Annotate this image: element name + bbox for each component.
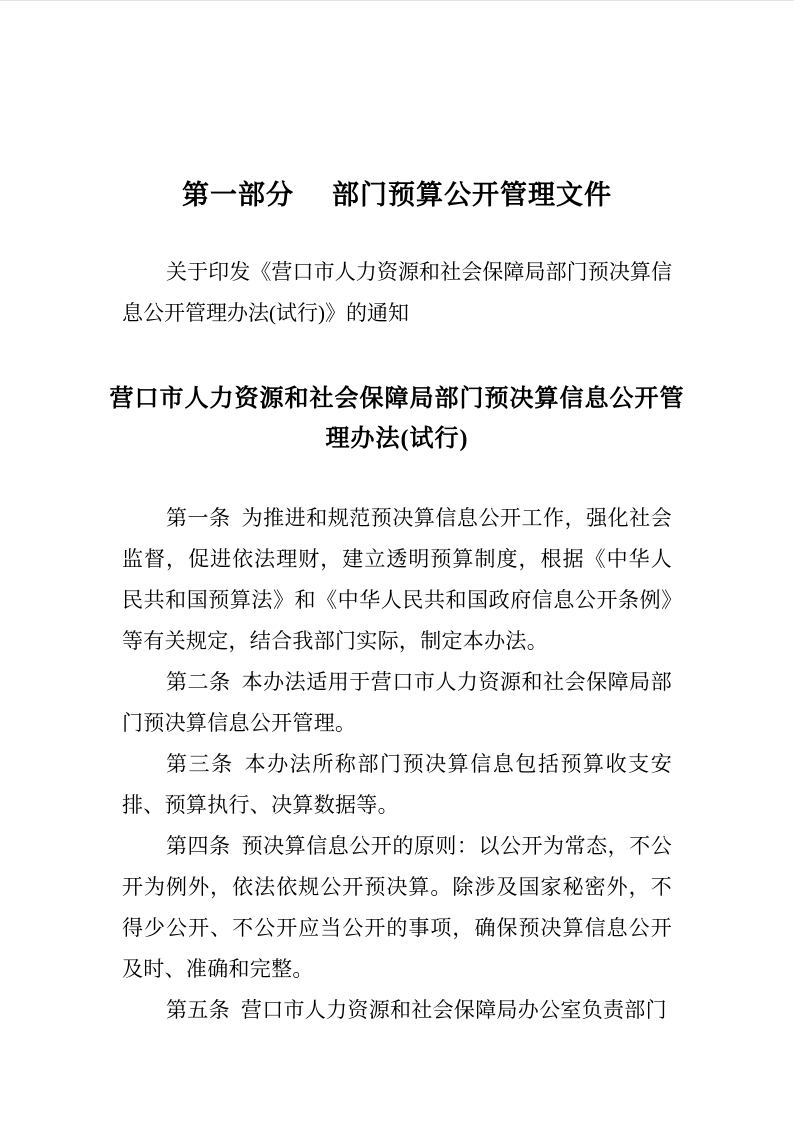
article-paragraph: 第五条营口市人力资源和社会保障局办公室负责部门: [122, 990, 672, 1031]
article-paragraph: 第四条预决算信息公开的原则：以公开为常态，不公开为例外，依法依规公开预决算。除涉…: [122, 826, 672, 990]
article-label: 第五条: [166, 998, 230, 1022]
article-paragraph: 第二条本办法适用于营口市人力资源和社会保障局部门预决算信息公开管理。: [122, 662, 672, 744]
document-page: 第一部分部门预算公开管理文件 关于印发《营口市人力资源和社会保障局部门预决算信息…: [0, 0, 794, 1123]
article-label: 第四条: [166, 834, 231, 858]
part-title: 第一部分部门预算公开管理文件: [0, 178, 794, 212]
article-text: 营口市人力资源和社会保障局办公室负责部门: [241, 998, 667, 1022]
article-paragraph: 第三条本办法所称部门预决算信息包括预算收支安排、预算执行、决算数据等。: [122, 744, 672, 826]
document-body: 第一条为推进和规范预决算信息公开工作，强化社会监督，促进依法理财，建立透明预算制…: [122, 498, 672, 1031]
article-paragraph: 第一条为推进和规范预决算信息公开工作，强化社会监督，促进依法理财，建立透明预算制…: [122, 498, 672, 662]
part-title-text: 部门预算公开管理文件: [332, 180, 612, 210]
article-label: 第一条: [166, 506, 231, 530]
notice-title: 关于印发《营口市人力资源和社会保障局部门预决算信息公开管理办法(试行)》的通知: [122, 252, 672, 334]
article-label: 第二条: [166, 670, 231, 694]
part-title-label: 第一部分: [182, 180, 294, 210]
article-label: 第三条: [166, 752, 234, 776]
document-heading: 营口市人力资源和社会保障局部门预决算信息公开管理办法(试行): [102, 379, 692, 459]
